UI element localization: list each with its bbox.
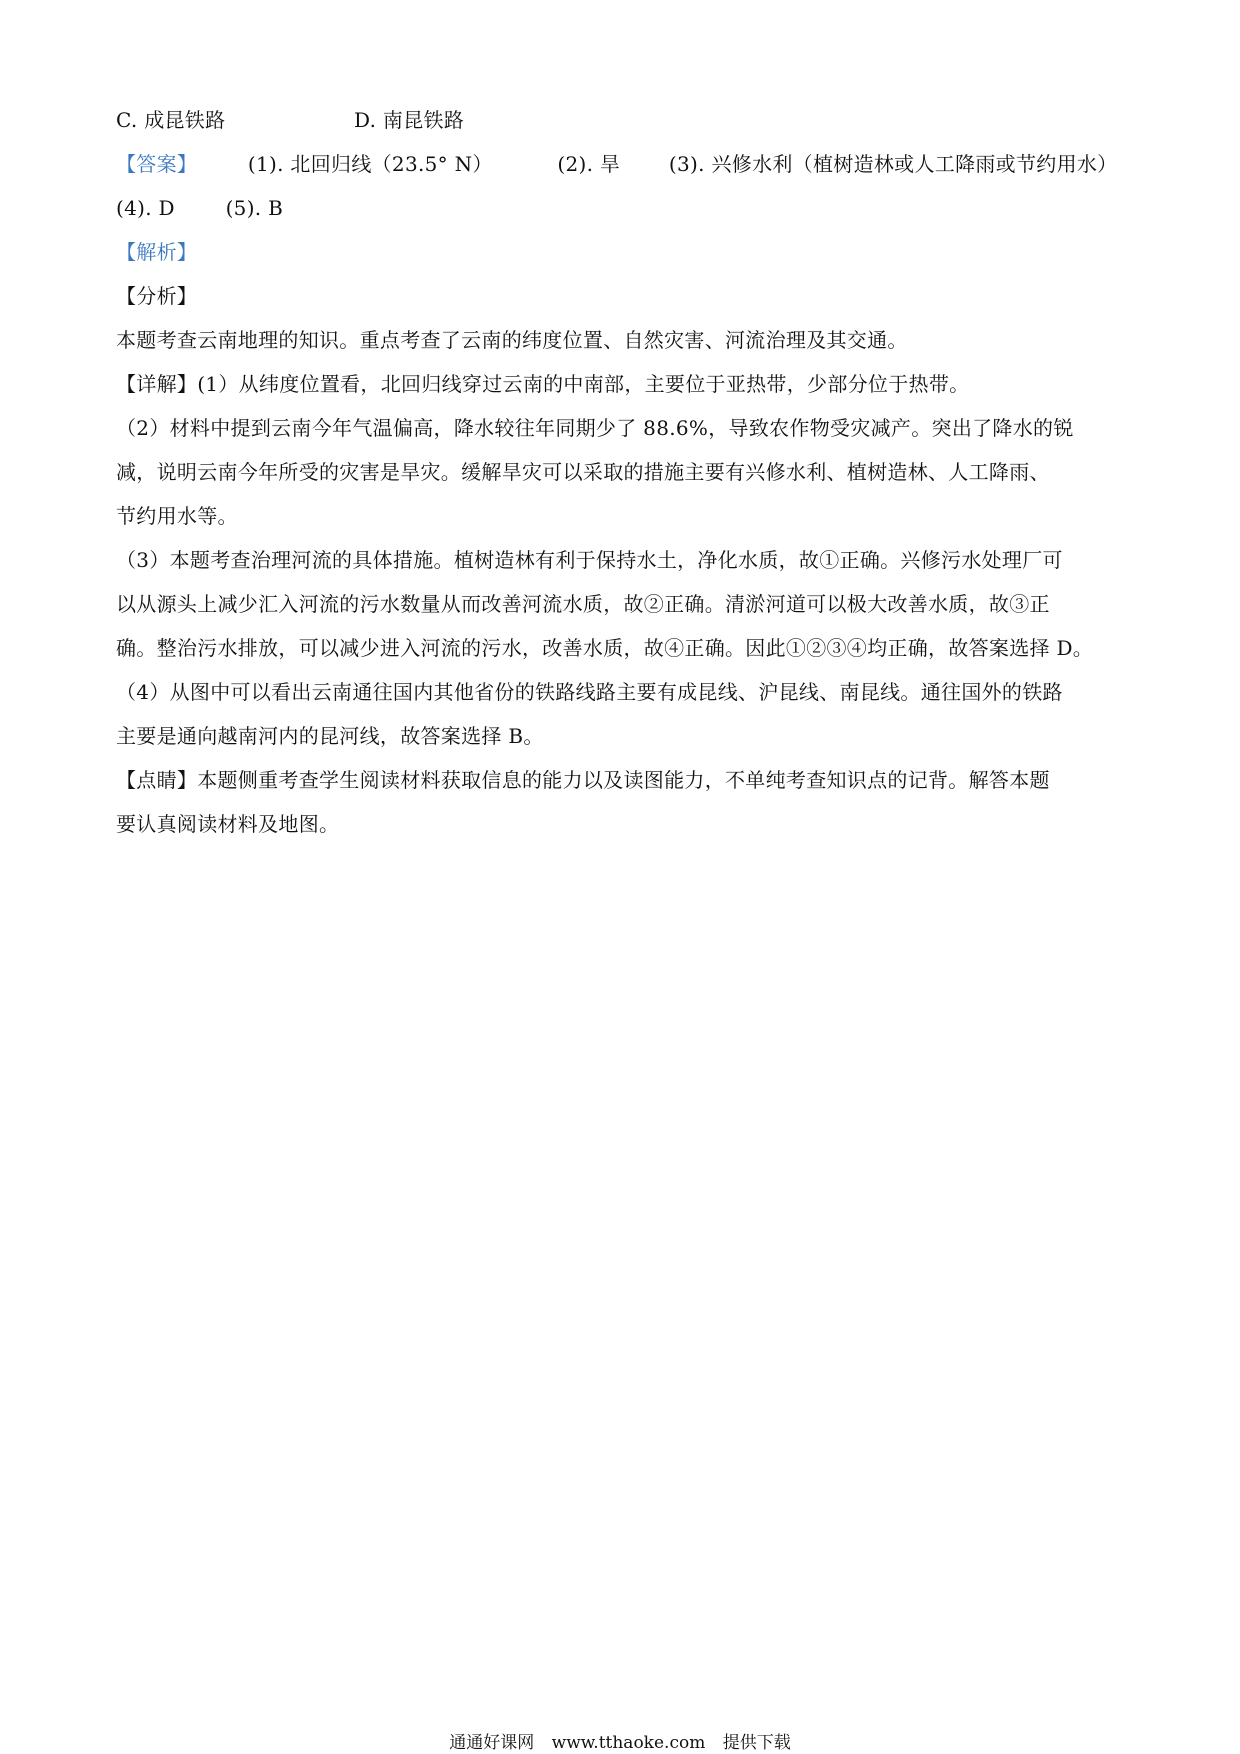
detail-line: 确。整治污水排放，可以减少进入河流的污水，改善水质，故④正确。因此①②③④均正确… <box>116 626 1132 670</box>
detail-line: 节约用水等。 <box>116 494 1132 538</box>
answer-item-5: (5). B <box>226 186 284 230</box>
detail-line: 以从源头上减少汇入河流的污水数量从而改善河流水质，故②正确。清淤河道可以极大改善… <box>116 582 1132 626</box>
answer-item-1: (1). 北回归线（23.5° N） <box>248 142 493 186</box>
fenxi-text: 本题考查云南地理的知识。重点考查了云南的纬度位置、自然灾害、河流治理及其交通。 <box>116 318 1132 362</box>
answer-row: 【答案】 (1). 北回归线（23.5° N） (2). 旱 (3). 兴修水利… <box>116 142 1132 186</box>
footer-url[interactable]: www.tthaoke.com <box>552 1733 706 1753</box>
analysis-label: 【解析】 <box>116 230 1132 274</box>
tips-line: 要认真阅读材料及地图。 <box>116 802 1132 846</box>
option-d: D. 南昆铁路 <box>354 98 464 142</box>
detail-line: 减，说明云南今年所受的灾害是旱灾。缓解旱灾可以采取的措施主要有兴修水利、植树造林… <box>116 450 1132 494</box>
detail-line: （4）从图中可以看出云南通往国内其他省份的铁路线路主要有成昆线、沪昆线、南昆线。… <box>116 670 1132 714</box>
detail-line: （2）材料中提到云南今年气温偏高，降水较往年同期少了 88.6%，导致农作物受灾… <box>116 406 1132 450</box>
detail-line: 【详解】(1）从纬度位置看，北回归线穿过云南的中南部，主要位于亚热带，少部分位于… <box>116 362 1132 406</box>
footer-site-name: 通通好课网 <box>449 1733 534 1753</box>
page-footer: 通通好课网 www.tthaoke.com 提供下载 <box>0 1728 1240 1753</box>
footer-suffix: 提供下载 <box>723 1733 791 1753</box>
answer-item-3: (3). 兴修水利（植树造林或人工降雨或节约用水） <box>669 142 1118 186</box>
option-c: C. 成昆铁路 <box>116 108 225 132</box>
answer-label: 【答案】 <box>116 142 197 186</box>
document-page: C. 成昆铁路 D. 南昆铁路 【答案】 (1). 北回归线（23.5° N） … <box>116 98 1132 846</box>
fenxi-label: 【分析】 <box>116 274 1132 318</box>
answer-row-2: (4). D (5). B <box>116 186 1132 230</box>
tips-line: 【点睛】本题侧重考查学生阅读材料获取信息的能力以及读图能力，不单纯考查知识点的记… <box>116 758 1132 802</box>
detail-line: 主要是通向越南河内的昆河线，故答案选择 B。 <box>116 714 1132 758</box>
detail-line: （3）本题考查治理河流的具体措施。植树造林有利于保持水土，净化水质，故①正确。兴… <box>116 538 1132 582</box>
answer-item-4: (4). D <box>116 186 175 230</box>
answer-item-2: (2). 旱 <box>557 142 620 186</box>
options-row: C. 成昆铁路 D. 南昆铁路 <box>116 98 1132 142</box>
